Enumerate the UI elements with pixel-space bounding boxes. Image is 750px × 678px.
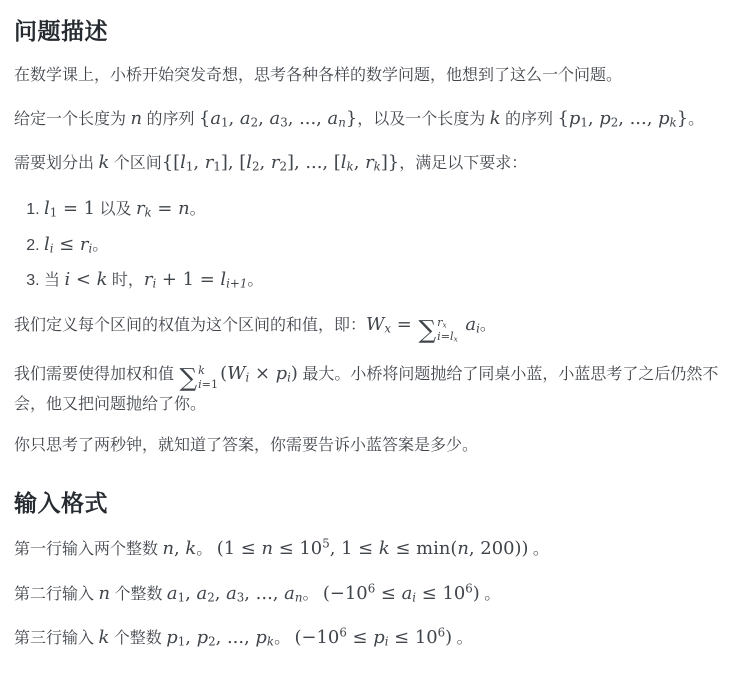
math-var-with-subscript: a3 [226, 583, 244, 604]
subscript: 2 [208, 635, 216, 649]
math-var-with-subscript: r1 [205, 152, 221, 173]
math-base-with-superscript: 106 [442, 583, 472, 604]
summation: ∑ki=1 [179, 364, 218, 392]
math-var-with-subscript: p2 [599, 108, 618, 129]
math-inline: ∑ki=1(Wi × pi) [178, 363, 297, 384]
math-var-with-subscript: rk [365, 152, 381, 173]
math-var-with-subscript: lx [450, 330, 458, 343]
math-variable: k [490, 108, 501, 129]
math-var-with-subscript: an [284, 583, 302, 604]
math-var-with-subscript: ri [144, 269, 156, 290]
math-inline: Wx = ∑rxi=lx ai [366, 314, 480, 335]
subscript: k [374, 160, 381, 174]
subscript: k [145, 206, 152, 220]
text-run: 。 [528, 541, 548, 558]
summation: ∑rxi=lx [418, 316, 457, 344]
math-roman: ]} [381, 152, 399, 173]
text-run: 你只思考了两秒钟，就知道了答案，你需要告诉小蓝答案是多少。 [14, 437, 478, 454]
text-run: 。 [247, 272, 263, 289]
math-inline: rk = n [136, 198, 190, 219]
math-inline: li ≤ ri [44, 234, 92, 255]
math-roman: ≤ [273, 538, 299, 559]
text-run: 第一行输入两个整数 [14, 541, 162, 558]
math-variable: k [379, 538, 390, 559]
superscript: 5 [322, 537, 330, 551]
math-inline: n [98, 583, 110, 604]
text-run: 的序列 [501, 111, 558, 128]
math-var-with-subscript: a2 [240, 108, 258, 129]
math-roman: = [391, 314, 417, 335]
math-roman: ) [291, 363, 298, 384]
math-roman: , [588, 108, 599, 129]
text-run: 我们需要使得加权和值 [14, 366, 178, 383]
math-variable: n [162, 538, 174, 559]
math-roman: , 1 ≤ [330, 538, 379, 559]
math-inline: n, k [162, 538, 196, 559]
math-base-with-superscript: 106 [317, 627, 347, 648]
math-var-with-subscript: a1 [167, 583, 185, 604]
subscript: x [442, 320, 446, 329]
math-inline: ri + 1 = li+1 [144, 269, 247, 290]
subscript: i+1 [226, 277, 247, 291]
subscript: k [347, 160, 354, 174]
summation-upper-limit: k [198, 364, 218, 378]
text-run: 。 [480, 317, 496, 334]
subscript: 1 [213, 160, 221, 174]
math-var-with-subscript: l1 [180, 152, 193, 173]
list-item: 当 i < k 时，ri + 1 = li+1。 [44, 265, 736, 295]
math-roman: < [70, 269, 96, 290]
list-item: li ≤ ri。 [44, 230, 736, 260]
text-run: 的序列 [142, 111, 199, 128]
math-var-with-subscript: li+1 [220, 269, 247, 290]
math-roman: , ..., [244, 583, 284, 604]
text-run: ，满足以下要求： [399, 155, 527, 172]
math-variable: k [198, 364, 205, 377]
text-run: 。 [452, 630, 472, 647]
subscript: 2 [251, 115, 259, 129]
text-run: 。 [480, 586, 500, 603]
math-roman: , ..., [288, 108, 328, 129]
math-roman: , 200)) [469, 538, 529, 559]
math-var-with-subscript: pi [373, 627, 388, 648]
math-roman: × [249, 363, 275, 384]
math-roman: , [174, 538, 185, 559]
math-var-with-subscript: Wx [366, 314, 391, 335]
math-inline: k [490, 108, 501, 129]
text-run: 第二行输入 [14, 586, 98, 603]
math-var-with-subscript: an [328, 108, 346, 129]
text-run: 需要划分出 [14, 155, 98, 172]
math-var-with-subscript: l2 [246, 152, 259, 173]
math-roman: ≤ [416, 583, 442, 604]
math-var-with-subscript: Wi [227, 363, 249, 384]
math-var-with-subscript: pk [658, 108, 677, 129]
math-inline: (−106 ≤ ai ≤ 106) [323, 583, 480, 604]
math-var-with-subscript: rk [136, 198, 152, 219]
math-var-with-subscript: rx [437, 316, 446, 329]
math-roman: , [193, 152, 204, 173]
math-roman: (− [295, 627, 317, 648]
math-roman: (1 ≤ [217, 538, 262, 559]
math-inline: {[l1, r1], [l2, r2], ..., [lk, rk]} [162, 152, 399, 173]
math-var-with-subscript: pk [255, 627, 274, 648]
math-var-with-subscript: p1 [569, 108, 588, 129]
text-run: 。 [92, 237, 108, 254]
paragraph: 你只思考了两秒钟，就知道了答案，你需要告诉小蓝答案是多少。 [14, 433, 736, 459]
math-roman: , [185, 627, 196, 648]
math-roman: ], [ [221, 152, 246, 173]
math-variable: k [98, 627, 109, 648]
math-roman: } [346, 108, 357, 129]
math-var-with-subscript: p1 [166, 627, 185, 648]
summation-limits: ki=1 [198, 364, 218, 392]
math-roman: { [557, 108, 568, 129]
math-var-with-subscript: ai [465, 314, 479, 335]
subscript: x [454, 334, 458, 343]
math-roman: , ..., [618, 108, 658, 129]
text-run: 以及 [95, 201, 136, 218]
sigma-symbol: ∑ [179, 366, 197, 389]
math-variable: n [98, 583, 110, 604]
math-roman: =1 [202, 378, 218, 391]
math-variable: n [457, 538, 469, 559]
math-roman: = 1 [57, 198, 95, 219]
math-base-with-superscript: 105 [299, 538, 329, 559]
superscript: 6 [339, 626, 347, 640]
math-roman: , [215, 583, 226, 604]
text-run: 我们定义每个区间的权值为这个区间的和值，即： [14, 317, 366, 334]
math-inline: p1, p2, ..., pk [166, 627, 274, 648]
math-var-with-subscript: li [44, 234, 54, 255]
math-roman: = [441, 330, 450, 343]
math-roman: = [152, 198, 178, 219]
math-var-with-subscript: ai [402, 583, 416, 604]
math-roman: ( [220, 363, 227, 384]
text-run: ，以及一个长度为 [357, 111, 489, 128]
text-run: 个整数 [109, 630, 166, 647]
math-variable: n [130, 108, 142, 129]
paragraph: 第三行输入 k 个整数 p1, p2, ..., pk。 (−106 ≤ pi … [14, 624, 736, 653]
summation-upper-limit: rx [437, 316, 458, 330]
math-roman: ≤ [54, 234, 80, 255]
math-var-with-subscript: lk [341, 152, 354, 173]
text-run: 。 [688, 111, 704, 128]
subscript: 1 [178, 590, 186, 604]
section-heading-input-format: 输入格式 [14, 487, 736, 519]
math-roman: {[ [162, 152, 180, 173]
math-roman: , [354, 152, 365, 173]
math-inline: (−106 ≤ pi ≤ 106) [295, 627, 453, 648]
paragraph: 我们定义每个区间的权值为这个区间的和值，即：Wx = ∑rxi=lx ai。 [14, 311, 736, 343]
text-run: 个区间 [109, 155, 161, 172]
text-run: 。 [190, 201, 206, 218]
math-inline: n [130, 108, 142, 129]
text-run: 在数学课上，小桥开始突发奇想，思考各种各样的数学问题，他想到了这么一个问题。 [14, 67, 622, 84]
math-var-with-subscript: pi [276, 363, 291, 384]
math-inline: {a1, a2, a3, ..., an} [199, 108, 357, 129]
math-roman: ≤ [388, 627, 414, 648]
paragraph: 我们需要使得加权和值 ∑ki=1(Wi × pi) 最大。小桥将问题抛给了同桌小… [14, 360, 736, 418]
section-heading-problem-description: 问题描述 [14, 15, 736, 47]
math-roman: ) [473, 583, 480, 604]
math-var-with-subscript: a1 [210, 108, 228, 129]
math-roman: , ..., [216, 627, 256, 648]
problem-statement: 问题描述在数学课上，小桥开始突发奇想，思考各种各样的数学问题，他想到了这么一个问… [0, 0, 750, 675]
subscript: 1 [580, 115, 588, 129]
superscript: 6 [465, 581, 473, 595]
math-roman: + 1 = [156, 269, 220, 290]
math-variable: n [178, 198, 190, 219]
summation-lower-limit: i=lx [437, 330, 458, 344]
math-roman: ≤ [347, 627, 373, 648]
subscript: k [670, 115, 677, 129]
math-roman: , [229, 108, 240, 129]
subscript: 2 [207, 590, 215, 604]
text-run: 。 [196, 541, 216, 558]
subscript: 3 [280, 115, 288, 129]
sigma-symbol: ∑ [418, 318, 436, 341]
math-roman: , [259, 152, 270, 173]
math-base-with-superscript: 106 [345, 583, 375, 604]
text-run: 给定一个长度为 [14, 111, 130, 128]
math-roman: { [199, 108, 210, 129]
math-var-with-subscript: ri [80, 234, 92, 255]
subscript: 1 [221, 115, 229, 129]
math-variable: k [185, 538, 196, 559]
math-var-with-subscript: a2 [197, 583, 215, 604]
math-variable: k [98, 152, 109, 173]
summation-limits: rxi=lx [437, 316, 458, 344]
subscript: k [267, 635, 274, 649]
math-variable: k [97, 269, 108, 290]
math-roman: ], ..., [ [287, 152, 341, 173]
text-run: 时， [107, 272, 143, 289]
text-run: 。 [274, 630, 294, 647]
text-run: 个整数 [110, 586, 167, 603]
summation-lower-limit: i=1 [198, 378, 218, 392]
paragraph: 在数学课上，小桥开始突发奇想，思考各种各样的数学问题，他想到了这么一个问题。 [14, 63, 736, 89]
subscript: n [338, 115, 346, 129]
math-var-with-subscript: r2 [271, 152, 287, 173]
math-inline: k [98, 627, 109, 648]
subscript: 2 [279, 160, 287, 174]
math-inline: a1, a2, a3, ..., an [167, 583, 303, 604]
constraints-list: l1 = 1 以及 rk = n。li ≤ ri。当 i < k 时，ri + … [14, 194, 736, 295]
paragraph: 第一行输入两个整数 n, k。 (1 ≤ n ≤ 105, 1 ≤ k ≤ mi… [14, 535, 736, 564]
math-inline: l1 = 1 [44, 198, 95, 219]
math-inline: {p1, p2, ..., pk} [557, 108, 688, 129]
math-roman: (− [323, 583, 345, 604]
math-inline: i < k [64, 269, 107, 290]
math-roman: , [258, 108, 269, 129]
text-run: 第三行输入 [14, 630, 98, 647]
text-run: 。 [302, 586, 322, 603]
math-roman: } [677, 108, 688, 129]
math-roman: , [185, 583, 196, 604]
math-var-with-subscript: l1 [44, 198, 57, 219]
math-var-with-subscript: a3 [270, 108, 288, 129]
math-inline: (1 ≤ n ≤ 105, 1 ≤ k ≤ min(n, 200)) [217, 538, 529, 559]
math-base-with-superscript: 106 [415, 627, 445, 648]
text-run: 当 [44, 272, 64, 289]
paragraph: 需要划分出 k 个区间{[l1, r1], [l2, r2], ..., [lk… [14, 149, 736, 178]
paragraph: 第二行输入 n 个整数 a1, a2, a3, ..., an。 (−106 ≤… [14, 580, 736, 609]
math-variable: n [261, 538, 273, 559]
math-roman: ≤ min( [390, 538, 458, 559]
list-item: l1 = 1 以及 rk = n。 [44, 194, 736, 224]
math-inline: k [98, 152, 109, 173]
math-roman: ≤ [375, 583, 401, 604]
math-var-with-subscript: p2 [197, 627, 216, 648]
paragraph: 给定一个长度为 n 的序列 {a1, a2, a3, ..., an}，以及一个… [14, 105, 736, 134]
